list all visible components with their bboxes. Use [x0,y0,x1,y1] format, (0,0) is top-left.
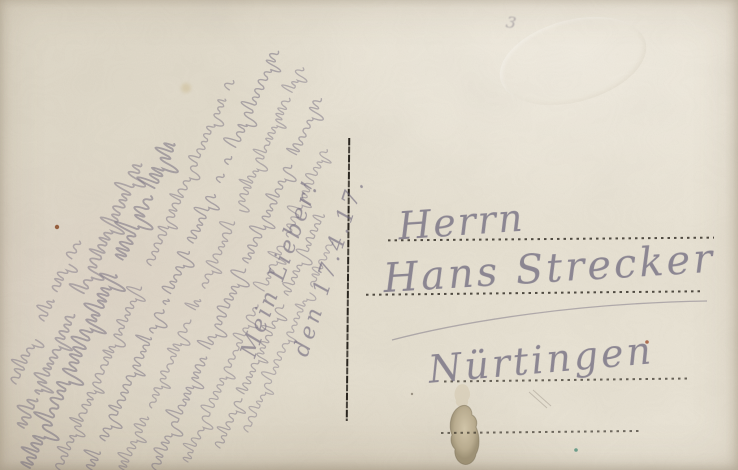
handwriting-line [10,135,188,470]
handwriting-line [3,236,89,389]
handwriting-line [237,237,340,435]
speck-rust-left [55,225,59,229]
handwriting-line [176,144,335,465]
spot-tan-faint [181,83,191,93]
message-handwriting-block [3,45,340,470]
speck-teal [574,448,578,452]
pencil-flourish-stroke [392,301,707,340]
handwriting-line [78,45,288,470]
postcard-back: Herrn Hans Strecker Nürtingen Mein Liebe… [0,0,738,470]
stain-upper [455,384,471,407]
handwriting-line [9,149,157,433]
stain-main [450,405,479,464]
pencil-scratch [529,390,551,408]
speck-dark-small [411,393,413,395]
handwriting-line [210,210,332,451]
handwriting-line [112,62,312,470]
handwriting-and-stains [0,0,738,470]
speck-rust-right [645,340,649,344]
